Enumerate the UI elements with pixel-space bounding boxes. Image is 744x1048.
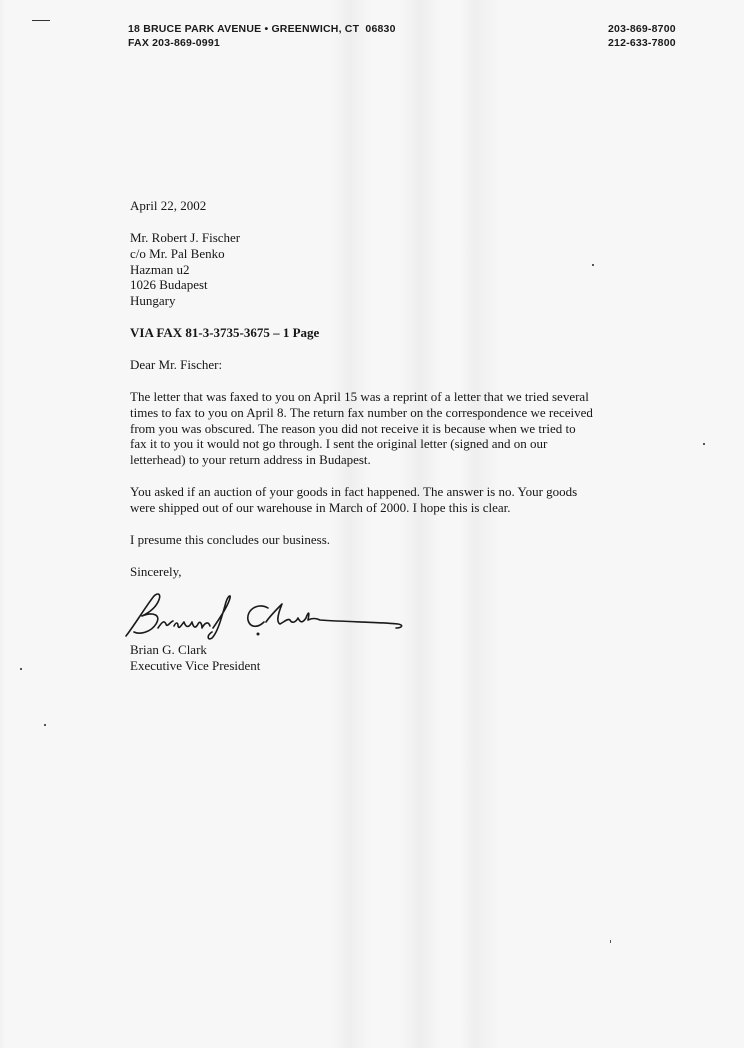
signer-name: Brian G. Clark: [130, 642, 207, 658]
letterhead-street: 18 BRUCE PARK AVENUE • GREENWICH, CT 068…: [128, 22, 396, 36]
letterhead-phones: 203-869-8700 212-633-7800: [608, 22, 676, 50]
letterhead-address: 18 BRUCE PARK AVENUE • GREENWICH, CT 068…: [128, 22, 396, 50]
paragraph-line: were shipped out of our warehouse in Mar…: [130, 500, 577, 516]
letter-date: April 22, 2002: [130, 198, 206, 214]
recipient-line: Hungary: [130, 293, 240, 309]
closing: Sincerely,: [130, 564, 182, 580]
paragraph-line: You asked if an auction of your goods in…: [130, 484, 577, 500]
recipient-line: 1026 Budapest: [130, 277, 240, 293]
paragraph-line: times to fax to you on April 8. The retu…: [130, 405, 593, 421]
recipient-line: Mr. Robert J. Fischer: [130, 230, 240, 246]
body-paragraph-1: The letter that was faxed to you on Apri…: [130, 389, 593, 468]
salutation: Dear Mr. Fischer:: [130, 357, 222, 373]
letterhead-fax: FAX 203-869-0991: [128, 36, 396, 50]
paragraph-line: fax it to you it would not go through. I…: [130, 436, 593, 452]
via-fax-line: VIA FAX 81-3-3735-3675 – 1 Page: [130, 325, 319, 341]
signer-title: Executive Vice President: [130, 658, 260, 674]
letterhead-phone-1: 203-869-8700: [608, 22, 676, 36]
scan-speck: [610, 940, 611, 943]
scan-speck: [44, 724, 46, 726]
body-paragraph-3: I presume this concludes our business.: [130, 532, 330, 548]
paragraph-line: The letter that was faxed to you on Apri…: [130, 389, 593, 405]
body-paragraph-2: You asked if an auction of your goods in…: [130, 484, 577, 516]
fax-page: 18 BRUCE PARK AVENUE • GREENWICH, CT 068…: [0, 0, 744, 1048]
recipient-line: c/o Mr. Pal Benko: [130, 246, 240, 262]
scan-speck: [20, 668, 22, 670]
paragraph-line: letterhead) to your return address in Bu…: [130, 452, 593, 468]
recipient-address: Mr. Robert J. Fischer c/o Mr. Pal Benko …: [130, 230, 240, 309]
scan-speck: [703, 443, 705, 445]
signature-icon: [118, 588, 418, 643]
paragraph-line: from you was obscured. The reason you di…: [130, 421, 593, 437]
stray-mark: [32, 20, 50, 21]
scan-speck: [592, 264, 594, 266]
letterhead-phone-2: 212-633-7800: [608, 36, 676, 50]
recipient-line: Hazman u2: [130, 262, 240, 278]
